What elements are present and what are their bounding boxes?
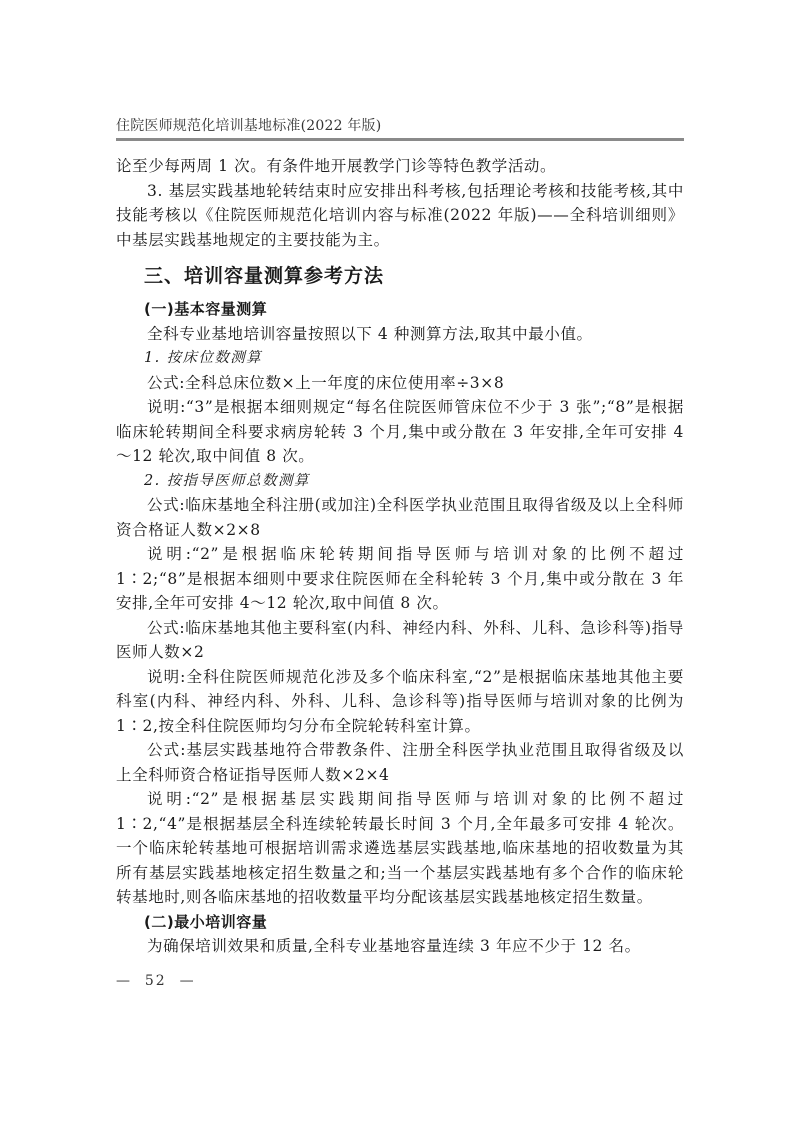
body-text: 论至少每两周 1 次。有条件地开展教学门诊等特色教学活动。 3. 基层实践基地轮… bbox=[116, 154, 684, 959]
formula-primary-care: 公式:基层实践基地符合带教条件、注册全科医学执业范围且取得省级及以上全科师资合格… bbox=[116, 738, 684, 787]
note-primary-care: 说明:“2”是根据基层实践期间指导医师与培训对象的比例不超过 1∶2,“4”是根… bbox=[116, 787, 684, 910]
formula-clinical-gp: 公式:临床基地全科注册(或加注)全科医学执业范围且取得省级及以上全科师资合格证人… bbox=[116, 493, 684, 542]
header-divider bbox=[116, 138, 684, 141]
subsection-heading-minimum-capacity: (二)最小培训容量 bbox=[144, 910, 684, 935]
paragraph-minimum-capacity: 为确保培训效果和质量,全科专业基地容量连续 3 年应不少于 12 名。 bbox=[116, 934, 684, 959]
formula-beds: 公式:全科总床位数×上一年度的床位使用率÷3×8 bbox=[116, 371, 684, 396]
section-heading: 三、培训容量测算参考方法 bbox=[144, 261, 684, 291]
paragraph-assessment: 3. 基层实践基地轮转结束时应安排出科考核,包括理论考核和技能考核,其中技能考核… bbox=[116, 179, 684, 253]
note-beds: 说明:“3”是根据本细则规定“每名住院医师管床位不少于 3 张”;“8”是根据临… bbox=[116, 395, 684, 469]
subsection-heading-basic-capacity: (一)基本容量测算 bbox=[144, 297, 684, 322]
note-other-departments: 说明:全科住院医师规范化涉及多个临床科室,“2”是根据临床基地其他主要科室(内科… bbox=[116, 665, 684, 739]
paragraph-continuation: 论至少每两周 1 次。有条件地开展教学门诊等特色教学活动。 bbox=[116, 154, 684, 179]
note-clinical-gp: 说明:“2”是根据临床轮转期间指导医师与培训对象的比例不超过 1∶2;“8”是根… bbox=[116, 542, 684, 616]
paragraph-intro: 全科专业基地培训容量按照以下 4 种测算方法,取其中最小值。 bbox=[116, 322, 684, 347]
method-heading-instructors: 2. 按指导医师总数测算 bbox=[144, 469, 684, 494]
formula-other-departments: 公式:临床基地其他主要科室(内科、神经内科、外科、儿科、急诊科等)指导医师人数×… bbox=[116, 616, 684, 665]
running-header: 住院医师规范化培训基地标准(2022 年版) bbox=[116, 115, 381, 135]
page-number: — 52 — bbox=[116, 973, 196, 989]
method-heading-beds: 1. 按床位数测算 bbox=[144, 346, 684, 371]
